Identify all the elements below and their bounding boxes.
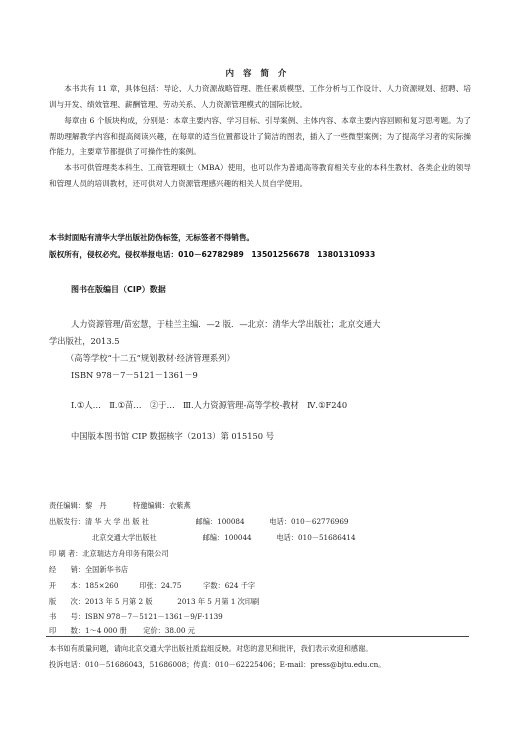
phone-2: 010－51686414	[298, 533, 356, 542]
sheets-value: 24.75	[161, 581, 201, 590]
postcode-label-1: 邮编：	[196, 517, 218, 526]
price-value: 38.00 元	[165, 626, 195, 635]
format-row: 开 本：185×260 印张：24.75 字数：624 千字	[49, 581, 255, 591]
special-editor-name: 衣紫燕	[169, 501, 191, 510]
publisher-row-1: 出版发行：清 华 大 学 出 版 社 邮编：100084 电话：010－6277…	[49, 517, 349, 527]
printer-label: 印 刷 者：	[49, 549, 82, 558]
complaint-contact-line: 投诉电话：010－51686043，51686008；传真：010－622254…	[49, 660, 385, 670]
cip-isbn: ISBN 978－7－5121－1361－9	[71, 369, 198, 381]
cip-classification: Ⅰ.①人… Ⅱ.①苗… ②于… Ⅲ.人力资源管理-高等学校-教材 Ⅳ.①F240	[71, 399, 347, 411]
anti-counterfeit-notice: 本书封面贴有清华大学出版社防伪标签，无标签者不得销售。	[49, 232, 254, 243]
publisher-name-2: 北京交通大学出版社	[92, 533, 184, 543]
special-editor-label: 特邀编辑：	[133, 501, 169, 510]
sheets-label: 印张：	[139, 581, 161, 590]
phone-1: 010－62776969	[291, 517, 349, 526]
postcode-2: 100044	[224, 533, 274, 542]
summary-paragraph-3: 本书可供管理类本科生、工商管理硕士（MBA）使用，也可以作为普通高等教育相关专业…	[49, 160, 471, 191]
edition-label: 版 次：	[49, 597, 85, 606]
printer-row: 印 刷 者：北京瑞达方舟印务有限公司	[49, 549, 169, 559]
summary-paragraph-2: 每章由 6 个版块构成，分别是：本章主要内容、学习目标、引导案例、主体内容、本章…	[49, 113, 471, 160]
copyright-notice: 版权所有，侵权必究。侵权举报电话：010－62782989 1350125667…	[49, 249, 375, 260]
book-number-label: 书 号：	[49, 612, 85, 621]
words-label: 字数：	[203, 581, 225, 590]
editor-label: 责任编辑：	[49, 501, 85, 510]
print-run-value: 1～4 000 册	[85, 626, 141, 636]
price-label: 定价：	[143, 626, 165, 635]
distributor-name: 全国新华书店	[85, 565, 128, 574]
publisher-label: 出版发行：	[49, 517, 85, 526]
printing-value: 2013 年 5 月第 1 次印刷	[177, 597, 259, 606]
edition-row: 版 次：2013 年 5 月第 2 版 2013 年 5 月第 1 次印刷	[49, 597, 259, 607]
postcode-label-2: 邮编：	[203, 533, 225, 542]
book-number-row: 书 号：ISBN 978－7－5121－1361－9/F·1139	[49, 612, 223, 622]
postcode-1: 100084	[217, 517, 267, 526]
format-label: 开 本：	[49, 581, 85, 590]
distributor-row: 经 销：全国新华书店	[49, 565, 128, 575]
publisher-row-2: 北京交通大学出版社 邮编：100044 电话：010－51686414	[92, 533, 356, 543]
cip-approval-number: 中国版本图书馆 CIP 数据核字（2013）第 015150 号	[71, 430, 274, 442]
cip-series: （高等学校“十二五”规划教材·经济管理系列）	[66, 352, 235, 364]
phone-label-1: 电话：	[269, 517, 291, 526]
print-run-label: 印 数：	[49, 626, 85, 635]
distributor-label: 经 销：	[49, 565, 85, 574]
book-number-value: ISBN 978－7－5121－1361－9/F·1139	[85, 612, 223, 621]
phone-label-2: 电话：	[276, 533, 298, 542]
cip-entry-line-1: 人力资源管理/苗宏慧，于桂兰主编．—2 版．—北京：清华大学出版社；北京交通大	[71, 318, 380, 330]
summary-title: 内 容 简 介	[0, 67, 515, 79]
format-value: 185×260	[85, 581, 137, 590]
editor-row: 责任编辑：黎 丹 特邀编辑：衣紫燕	[49, 501, 191, 511]
cip-entry-line-2: 学出版社，2013.5	[49, 335, 120, 347]
edition-value: 2013 年 5 月第 2 版	[85, 597, 175, 607]
words-value: 624 千字	[225, 581, 255, 590]
quality-notice: 本书如有质量问题，请向北京交通大学出版社质监组反映。对您的意见和批评，我们表示欢…	[49, 644, 372, 654]
printer-name: 北京瑞达方舟印务有限公司	[82, 549, 168, 558]
print-run-row: 印 数：1～4 000 册 定价：38.00 元	[49, 626, 195, 636]
publisher-name-1: 清 华 大 学 出 版 社	[85, 517, 177, 527]
divider-rule	[46, 636, 469, 637]
editor-name: 黎 丹	[85, 501, 107, 510]
summary-paragraph-1: 本书共有 11 章，具体包括：导论、人力资源战略管理、胜任素质模型、工作分析与工…	[49, 81, 471, 112]
cip-heading: 图书在版编目（CIP）数据	[71, 284, 166, 295]
